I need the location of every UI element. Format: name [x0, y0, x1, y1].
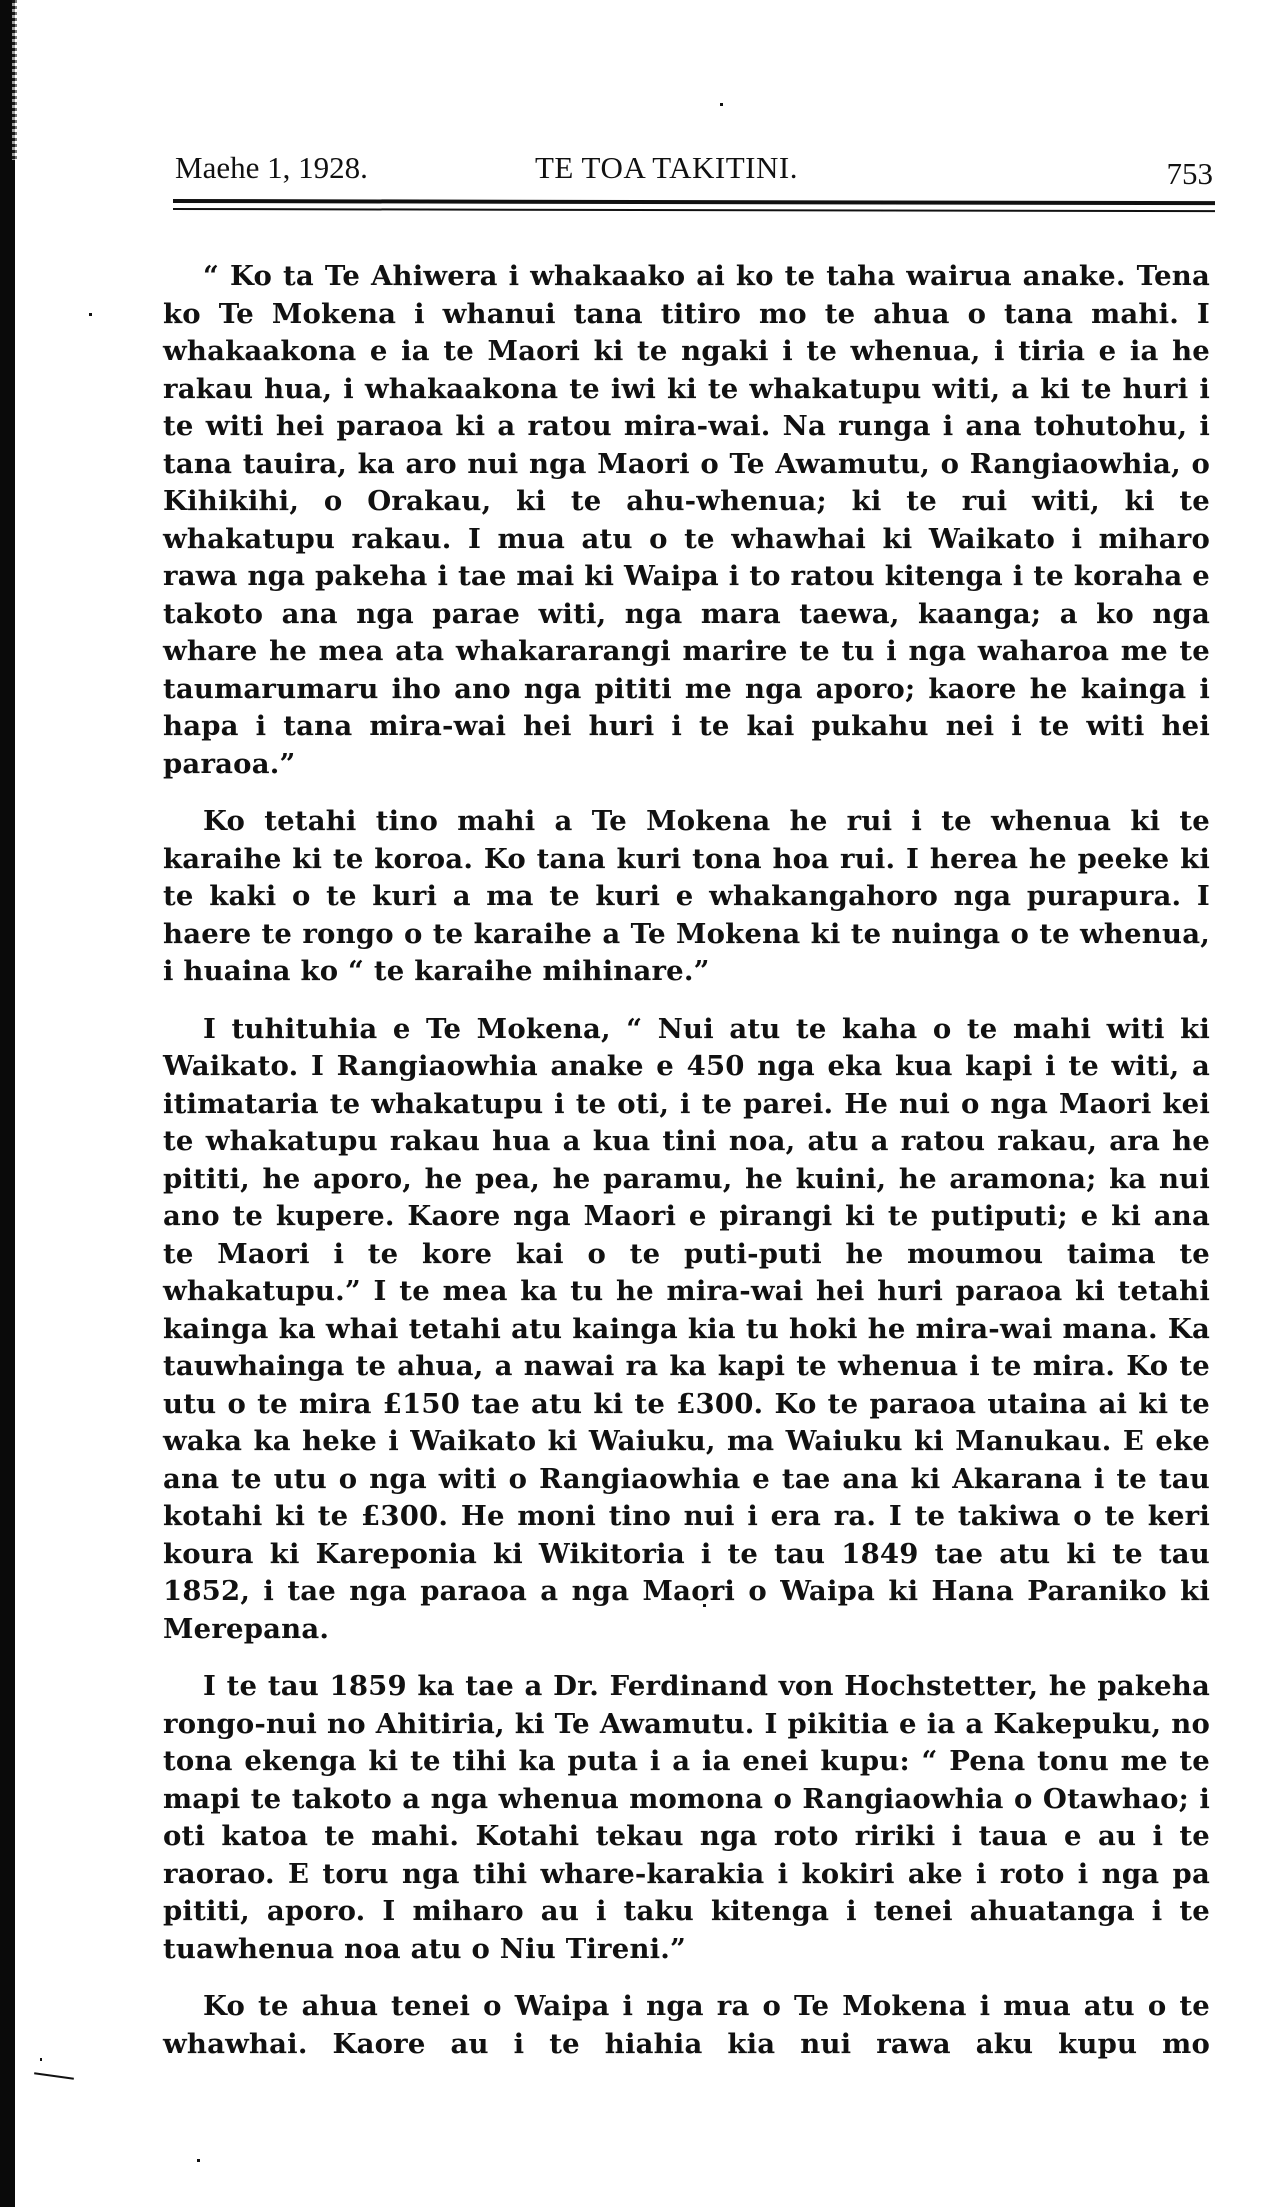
- scan-speck: [40, 2058, 42, 2061]
- scan-speck: [89, 313, 92, 316]
- scan-speck: [720, 103, 723, 106]
- header-rule-thin: [173, 208, 1215, 212]
- scan-speck: [703, 1604, 706, 1607]
- paragraph-1: “ Ko ta Te Ahiwera i whakaako ai ko te t…: [163, 258, 1210, 783]
- running-head: Maehe 1, 1928. TE TOA TAKITINI. 753: [175, 150, 1213, 192]
- header-rule-thick: [173, 199, 1215, 205]
- scan-binding-edge: [0, 0, 15, 2207]
- paragraph-5: Ko te ahua tenei o Waipa i nga ra o Te M…: [163, 1988, 1210, 2063]
- paragraph-3: I tuhituhia e Te Mokena, “ Nui atu te ka…: [163, 1011, 1210, 1649]
- issue-date: Maehe 1, 1928.: [175, 150, 368, 186]
- article-body: “ Ko ta Te Ahiwera i whakaako ai ko te t…: [163, 258, 1210, 2083]
- scan-speck: [197, 2159, 200, 2162]
- paragraph-2: Ko tetahi tino mahi a Te Mokena he rui i…: [163, 803, 1210, 991]
- page-number: 753: [1167, 156, 1214, 192]
- scan-speck: [34, 2072, 74, 2080]
- paragraph-4: I te tau 1859 ka tae a Dr. Ferdinand von…: [163, 1668, 1210, 1968]
- publication-title: TE TOA TAKITINI.: [535, 150, 798, 186]
